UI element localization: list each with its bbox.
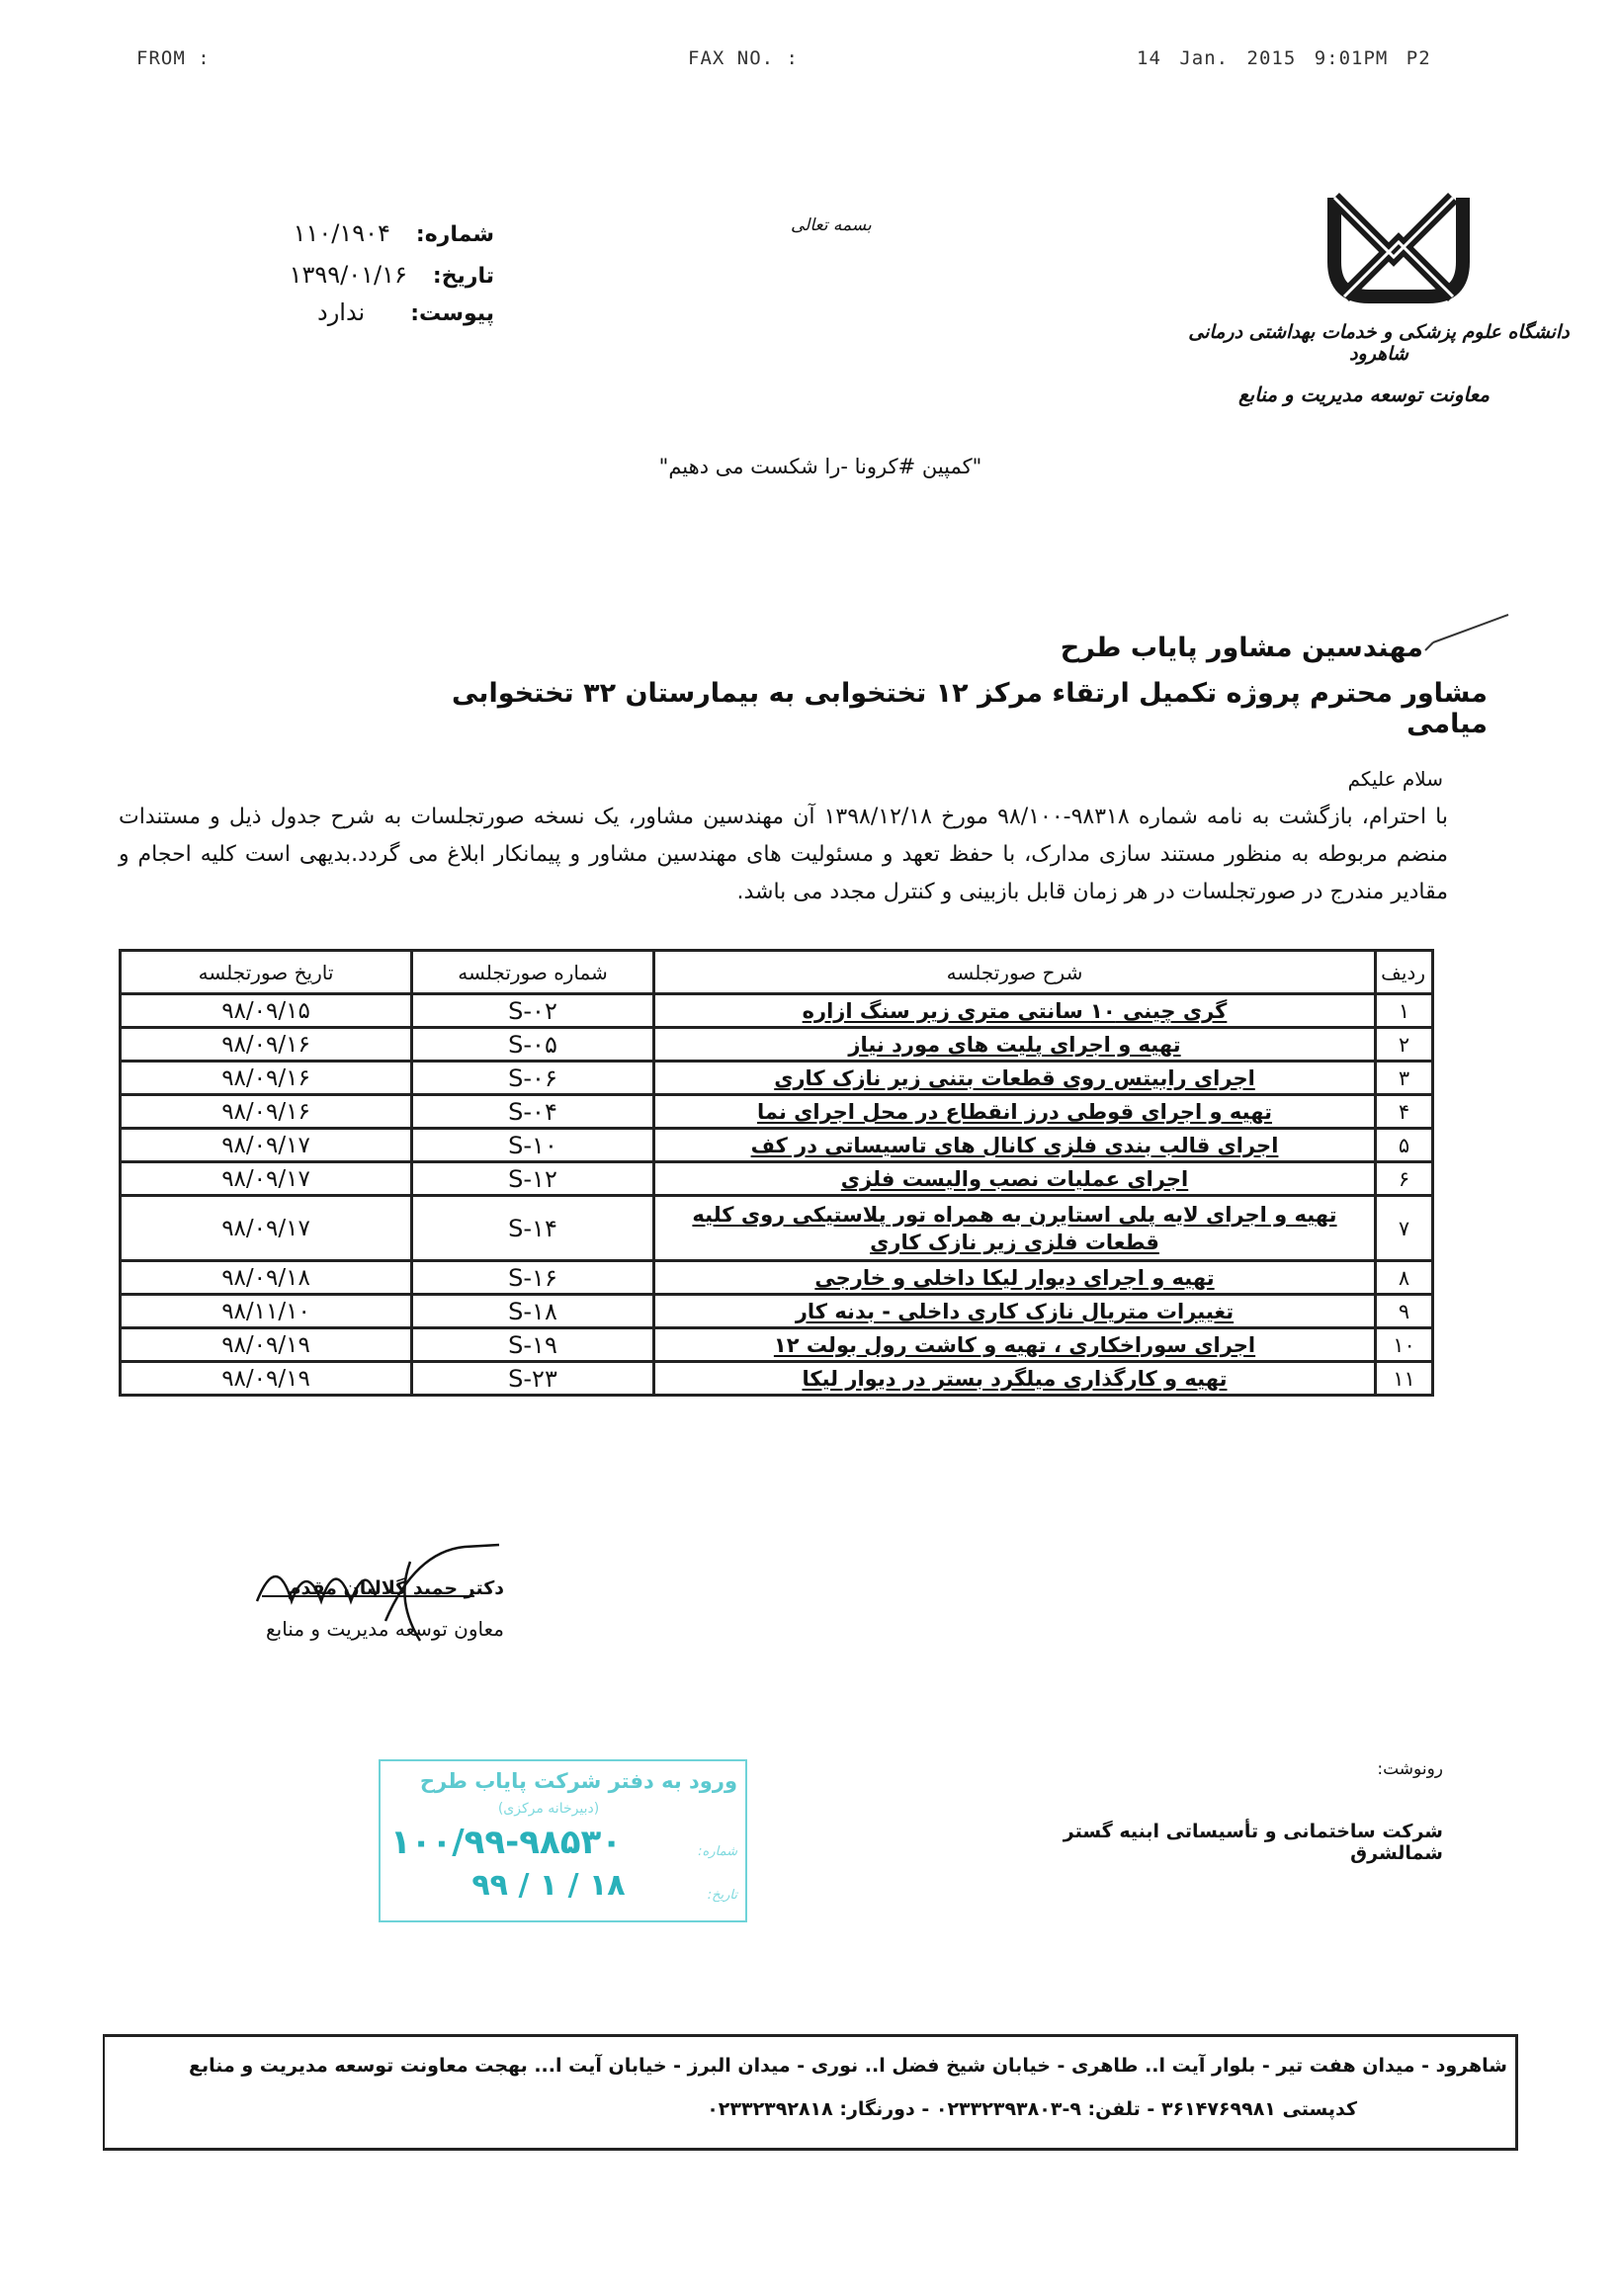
checkmark-icon bbox=[1423, 613, 1512, 652]
row-description: گری چینی ۱۰ سانتی متری زیر سنگ ازاره bbox=[654, 994, 1376, 1028]
stamp-number-label: شماره: bbox=[678, 1844, 737, 1859]
header-minutes-date: تاریخ صورتجلسه bbox=[121, 951, 412, 994]
number-label: شماره: bbox=[416, 222, 494, 247]
cc-label: رونوشت: bbox=[1315, 1759, 1443, 1779]
recipient-line1: مهندسین مشاور پایاب طرح bbox=[890, 633, 1423, 663]
footer-contact: کدپستی ۳۶۱۴۷۶۹۹۸۱ - تلفن: ۹-۰۲۳۳۲۳۹۳۸۰۳ … bbox=[369, 2098, 1357, 2120]
table-header-row: ردیف شرح صورتجلسه شماره صورتجلسه تاریخ ص… bbox=[121, 951, 1433, 994]
row-minutes-code: S-۰۵ bbox=[412, 1028, 654, 1062]
row-description: تهیه و اجرای دیوار لیکا داخلی و خارجی bbox=[654, 1261, 1376, 1295]
row-description: اجرای رابیتس روی قطعات بتنی زیر نازک کار… bbox=[654, 1062, 1376, 1095]
stamp-date-label: تاریخ: bbox=[678, 1888, 737, 1903]
row-number: ۹ bbox=[1376, 1295, 1433, 1328]
row-number: ۱۰ bbox=[1376, 1328, 1433, 1362]
row-description: اجرای سوراخکاری ، تهیه و کاشت رول بولت ۱… bbox=[654, 1328, 1376, 1362]
row-description: تهیه و کارگذاری میلگرد بستر در دیوار لیک… bbox=[654, 1362, 1376, 1396]
row-description: تهیه و اجرای لایه پلی استایرن به همراه ت… bbox=[654, 1196, 1376, 1261]
row-number: ۵ bbox=[1376, 1129, 1433, 1162]
row-description: تهیه و اجرای پلیت های مورد نیاز bbox=[654, 1028, 1376, 1062]
row-description: تغییرات متریال نازک کاری داخلی - بدنه کا… bbox=[654, 1295, 1376, 1328]
header-description: شرح صورتجلسه bbox=[654, 951, 1376, 994]
row-minutes-code: S-۱۰ bbox=[412, 1129, 654, 1162]
row-minutes-code: S-۲۳ bbox=[412, 1362, 654, 1396]
meta-date-row: تاریخ: ۱۳۹۹/۰۱/۱۶ bbox=[237, 261, 494, 289]
fax-number: FAX NO. : bbox=[688, 47, 799, 69]
row-minutes-date: ۹۸/۰۹/۱۵ bbox=[121, 994, 412, 1028]
table-row: ۹ تغییرات متریال نازک کاری داخلی - بدنه … bbox=[121, 1295, 1433, 1328]
stamp-date-value: ۹۹ / ۱ / ۱۸ bbox=[440, 1868, 657, 1903]
fax-timestamp: 14 Jan. 2015 9:01PM P2 bbox=[1137, 47, 1431, 69]
table-row: ۴ تهیه و اجرای قوطی درز انقطاع در محل اج… bbox=[121, 1095, 1433, 1129]
campaign-slogan: "کمپین #کرونا -را شکست می دهیم" bbox=[613, 455, 1028, 478]
row-number: ۲ bbox=[1376, 1028, 1433, 1062]
table-row: ۱۱ تهیه و کارگذاری میلگرد بستر در دیوار … bbox=[121, 1362, 1433, 1396]
date-value: ۱۳۹۹/۰۱/۱۶ bbox=[290, 261, 407, 289]
stamp-title: ورود به دفتر شرکت پایاب طرح bbox=[391, 1769, 737, 1793]
header-minutes-no: شماره صورتجلسه bbox=[412, 951, 654, 994]
row-minutes-date: ۹۸/۰۹/۱۸ bbox=[121, 1261, 412, 1295]
bismillah: بسمه تعالی bbox=[791, 215, 872, 235]
row-minutes-code: S-۰۶ bbox=[412, 1062, 654, 1095]
row-number: ۱۱ bbox=[1376, 1362, 1433, 1396]
row-minutes-code: S-۰۴ bbox=[412, 1095, 654, 1129]
recipient-line2: مشاور محترم پروژه تکمیل ارتقاء مرکز ۱۲ ت… bbox=[435, 678, 1488, 739]
body-paragraph: با احترام، بازگشت به نامه شماره ۹۸۳۱۸-۹۸… bbox=[119, 799, 1448, 911]
row-minutes-code: S-۱۲ bbox=[412, 1162, 654, 1196]
row-minutes-date: ۹۸/۰۹/۱۶ bbox=[121, 1062, 412, 1095]
row-minutes-date: ۹۸/۰۹/۱۷ bbox=[121, 1196, 412, 1261]
row-minutes-date: ۹۸/۰۹/۱۷ bbox=[121, 1162, 412, 1196]
university-name: دانشگاه علوم پزشکی و خدمات بهداشتی درمان… bbox=[1171, 321, 1586, 365]
row-minutes-date: ۹۸/۰۹/۱۶ bbox=[121, 1095, 412, 1129]
stamp-number-value: ۱۰۰/۹۹-۹۸۵۳۰ bbox=[390, 1823, 657, 1862]
department-name: معاونت توسعه مدیریت و منابع bbox=[1216, 383, 1512, 406]
table-row: ۱۰ اجرای سوراخکاری ، تهیه و کاشت رول بول… bbox=[121, 1328, 1433, 1362]
row-minutes-code: S-۱۶ bbox=[412, 1261, 654, 1295]
row-number: ۸ bbox=[1376, 1261, 1433, 1295]
letter-meta: شماره: ۱۱۰/۱۹۰۴ تاریخ: ۱۳۹۹/۰۱/۱۶ پیوست:… bbox=[237, 219, 494, 326]
row-minutes-date: ۹۸/۱۱/۱۰ bbox=[121, 1295, 412, 1328]
row-number: ۷ bbox=[1376, 1196, 1433, 1261]
row-minutes-date: ۹۸/۰۹/۱۹ bbox=[121, 1328, 412, 1362]
table-row: ۵ اجرای قالب بندی فلزی کانال های تاسیسات… bbox=[121, 1129, 1433, 1162]
row-number: ۴ bbox=[1376, 1095, 1433, 1129]
row-number: ۶ bbox=[1376, 1162, 1433, 1196]
meta-number-row: شماره: ۱۱۰/۱۹۰۴ bbox=[237, 219, 494, 247]
row-description: اجرای عملیات نصب والیست فلزی bbox=[654, 1162, 1376, 1196]
table-row: ۸ تهیه و اجرای دیوار لیکا داخلی و خارجی … bbox=[121, 1261, 1433, 1295]
signatory-title: معاون توسعه مدیریت و منابع bbox=[247, 1617, 504, 1641]
row-description: تهیه و اجرای قوطی درز انقطاع در محل اجرا… bbox=[654, 1095, 1376, 1129]
number-value: ۱۱۰/۱۹۰۴ bbox=[294, 219, 390, 247]
row-number: ۳ bbox=[1376, 1062, 1433, 1095]
attachment-value: ندارد bbox=[317, 298, 365, 326]
footer-address: شاهرود - میدان هفت تیر - بلوار آیت ا.. ط… bbox=[114, 2055, 1507, 2077]
table-row: ۲ تهیه و اجرای پلیت های مورد نیاز S-۰۵ ۹… bbox=[121, 1028, 1433, 1062]
meta-attachment-row: پیوست: ندارد bbox=[237, 298, 494, 326]
row-minutes-date: ۹۸/۰۹/۱۷ bbox=[121, 1129, 412, 1162]
cc-recipient: شرکت ساختمانی و تأسیساتی ابنیه گستر شمال… bbox=[988, 1821, 1443, 1864]
table-row: ۳ اجرای رابیتس روی قطعات بتنی زیر نازک ک… bbox=[121, 1062, 1433, 1095]
row-minutes-date: ۹۸/۰۹/۱۶ bbox=[121, 1028, 412, 1062]
stamp-subtitle: (دبیرخانه مرکزی) bbox=[469, 1801, 628, 1817]
greeting: سلام علیکم bbox=[1285, 767, 1443, 791]
row-description: اجرای قالب بندی فلزی کانال های تاسیساتی … bbox=[654, 1129, 1376, 1162]
minutes-table: ردیف شرح صورتجلسه شماره صورتجلسه تاریخ ص… bbox=[119, 949, 1434, 1397]
signatory-name: دکتر حمید گلالیان مقدم bbox=[247, 1577, 504, 1599]
footer-address-box: شاهرود - میدان هفت تیر - بلوار آیت ا.. ط… bbox=[103, 2034, 1518, 2151]
row-number: ۱ bbox=[1376, 994, 1433, 1028]
attachment-label: پیوست: bbox=[410, 301, 494, 326]
table-row: ۶ اجرای عملیات نصب والیست فلزی S-۱۲ ۹۸/۰… bbox=[121, 1162, 1433, 1196]
date-label: تاریخ: bbox=[433, 264, 494, 289]
row-minutes-date: ۹۸/۰۹/۱۹ bbox=[121, 1362, 412, 1396]
row-minutes-code: S-۱۹ bbox=[412, 1328, 654, 1362]
row-minutes-code: S-۱۸ bbox=[412, 1295, 654, 1328]
header-row-no: ردیف bbox=[1376, 951, 1433, 994]
table-row: ۱ گری چینی ۱۰ سانتی متری زیر سنگ ازاره S… bbox=[121, 994, 1433, 1028]
table-row: ۷ تهیه و اجرای لایه پلی استایرن به همراه… bbox=[121, 1196, 1433, 1261]
row-minutes-code: S-۰۲ bbox=[412, 994, 654, 1028]
row-minutes-code: S-۱۴ bbox=[412, 1196, 654, 1261]
university-knot-logo-icon bbox=[1324, 188, 1473, 306]
fax-from: FROM : bbox=[136, 47, 211, 69]
received-stamp: ورود به دفتر شرکت پایاب طرح (دبیرخانه مر… bbox=[379, 1759, 747, 1922]
